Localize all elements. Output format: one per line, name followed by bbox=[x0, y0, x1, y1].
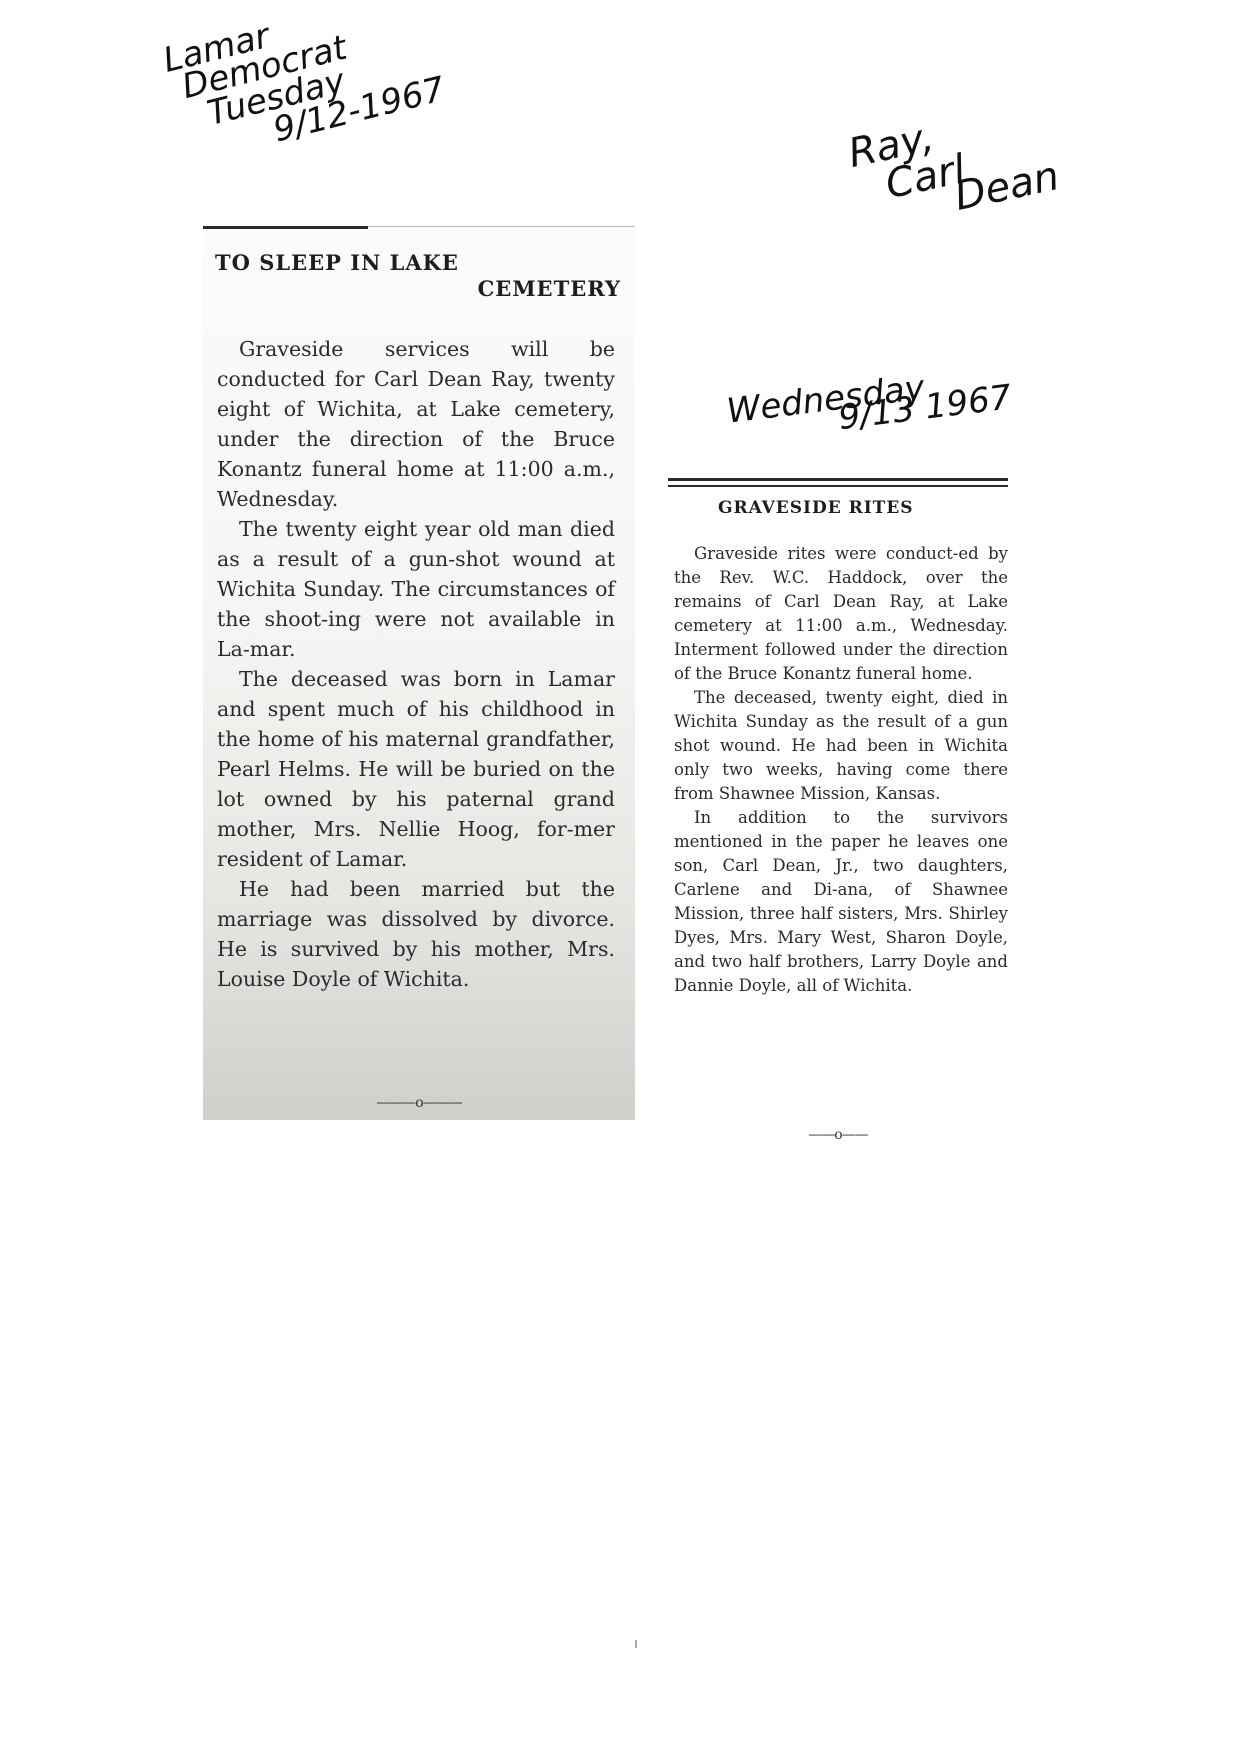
clipping-body: Graveside rites were conduct-ed by the R… bbox=[674, 542, 1008, 998]
handwritten-subject-name: Ray, Carl Dean bbox=[845, 93, 1063, 236]
column-rule-thin bbox=[368, 226, 635, 227]
handwritten-source-note: Lamar Democrat Tuesday 9/12-1967 bbox=[160, 0, 448, 169]
paragraph: Graveside services will be conducted for… bbox=[217, 334, 615, 514]
handwritten-second-date: Wednesday 9/13 1967 bbox=[725, 360, 1013, 448]
clipping-headline: GRAVESIDE RITES bbox=[718, 498, 914, 518]
newspaper-clipping-obituary: TO SLEEP IN LAKE CEMETERY Graveside serv… bbox=[203, 224, 635, 1120]
paragraph: The twenty eight year old man died as a … bbox=[217, 514, 615, 664]
newspaper-clipping-graveside-rites: GRAVESIDE RITES Graveside rites were con… bbox=[668, 478, 1028, 1138]
paragraph: He had been married but the marriage was… bbox=[217, 874, 615, 994]
clipping-body: Graveside services will be conducted for… bbox=[217, 334, 615, 994]
column-rule bbox=[203, 226, 368, 229]
paragraph: Graveside rites were conduct-ed by the R… bbox=[674, 542, 1008, 686]
clipping-headline-line2: CEMETERY bbox=[478, 276, 621, 301]
double-rule-bottom bbox=[668, 485, 1008, 487]
scan-speck bbox=[635, 1640, 637, 1648]
paragraph: The deceased, twenty eight, died in Wich… bbox=[674, 686, 1008, 806]
paragraph: In addition to the survivors mentioned i… bbox=[674, 806, 1008, 998]
double-rule-top bbox=[668, 478, 1008, 481]
end-of-article-mark: ———o——— bbox=[203, 1096, 635, 1110]
end-of-article-mark: ——o—— bbox=[668, 1128, 1008, 1142]
clipping-headline-line1: TO SLEEP IN LAKE bbox=[215, 250, 459, 275]
paragraph: The deceased was born in Lamar and spent… bbox=[217, 664, 615, 874]
